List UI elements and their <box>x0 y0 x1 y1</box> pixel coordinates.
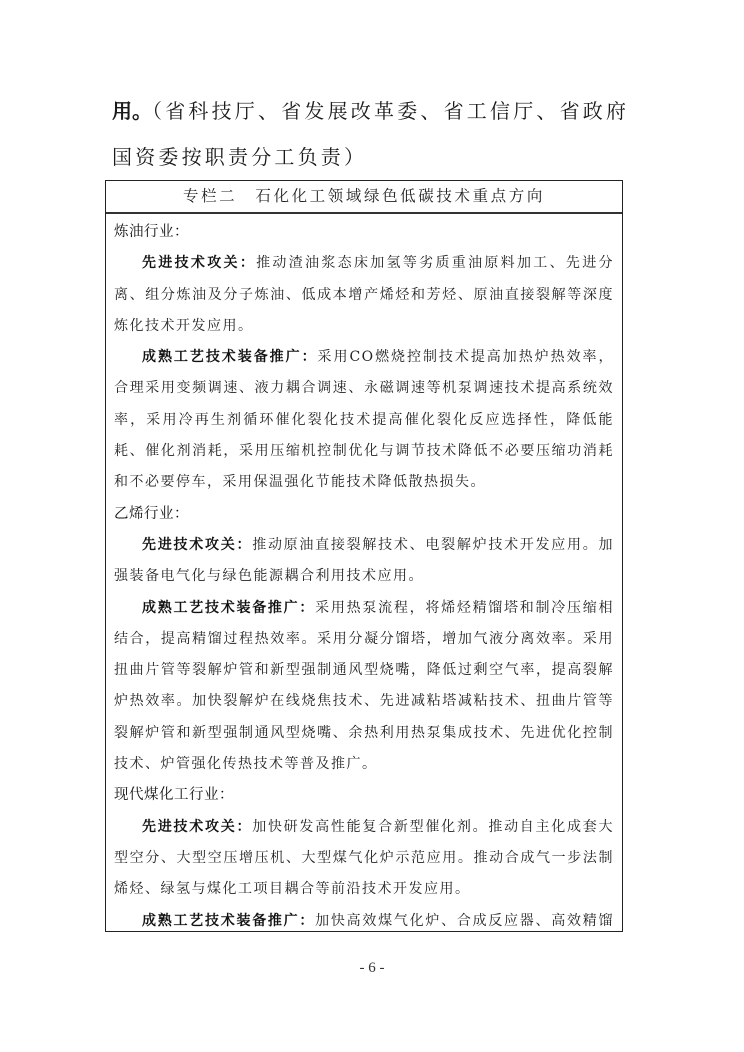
column-box: 专栏二 石化化工领域绿色低碳技术重点方向 炼油行业： 先进技术攻关：推动渣油浆态… <box>105 180 623 932</box>
paragraph-ethylene-mature: 成熟工艺技术装备推广：采用热泵流程，将烯烃精馏塔和制冷压缩相结合，提高精馏过程热… <box>114 593 614 781</box>
box-body: 炼油行业： 先进技术攻关：推动渣油浆态床加氢等劣质重油原料加工、先进分离、组分炼… <box>106 214 622 932</box>
industry-heading-coal-chemical: 现代煤化工行业： <box>114 780 614 811</box>
box-title: 专栏二 石化化工领域绿色低碳技术重点方向 <box>106 181 622 214</box>
paragraph-ethylene-advanced: 先进技术攻关：推动原油直接裂解技术、电裂解炉技术开发应用。加强装备电气化与绿色能… <box>114 530 614 593</box>
intro-lead: 用。 <box>112 99 152 123</box>
para-lead: 先进技术攻关： <box>142 537 252 553</box>
paragraph-coal-mature: 成熟工艺技术装备推广：加快高效煤气化炉、合成反应器、高效精馏系 <box>114 906 614 932</box>
paragraph-coal-advanced: 先进技术攻关：加快研发高性能复合新型催化剂。推动自主化成套大型空分、大型空压增压… <box>114 812 614 906</box>
intro-text: （省科技厅、省发展改革委、省工信厅、省政府国资委按职责分工负责） <box>112 99 629 169</box>
para-lead: 先进技术攻关： <box>142 819 252 835</box>
paragraph-refining-mature: 成熟工艺技术装备推广：采用CO燃烧控制技术提高加热炉热效率，合理采用变频调速、液… <box>114 342 614 498</box>
para-lead: 成熟工艺技术装备推广： <box>142 349 318 365</box>
industry-heading-refining: 炼油行业： <box>114 217 614 248</box>
para-lead: 成熟工艺技术装备推广： <box>142 600 315 616</box>
intro-paragraph: 用。（省科技厅、省发展改革委、省工信厅、省政府国资委按职责分工负责） <box>112 88 652 180</box>
para-lead: 先进技术攻关： <box>142 255 256 271</box>
para-lead: 成熟工艺技术装备推广： <box>142 913 315 929</box>
industry-heading-ethylene: 乙烯行业： <box>114 499 614 530</box>
para-text: 采用热泵流程，将烯烃精馏塔和制冷压缩相结合，提高精馏过程热效率。采用分凝分馏塔，… <box>114 600 614 772</box>
para-text: 采用CO燃烧控制技术提高加热炉热效率，合理采用变频调速、液力耦合调速、永磁调速等… <box>114 349 614 490</box>
page-number: - 6 - <box>0 960 744 977</box>
paragraph-refining-advanced: 先进技术攻关：推动渣油浆态床加氢等劣质重油原料加工、先进分离、组分炼油及分子炼油… <box>114 248 614 342</box>
